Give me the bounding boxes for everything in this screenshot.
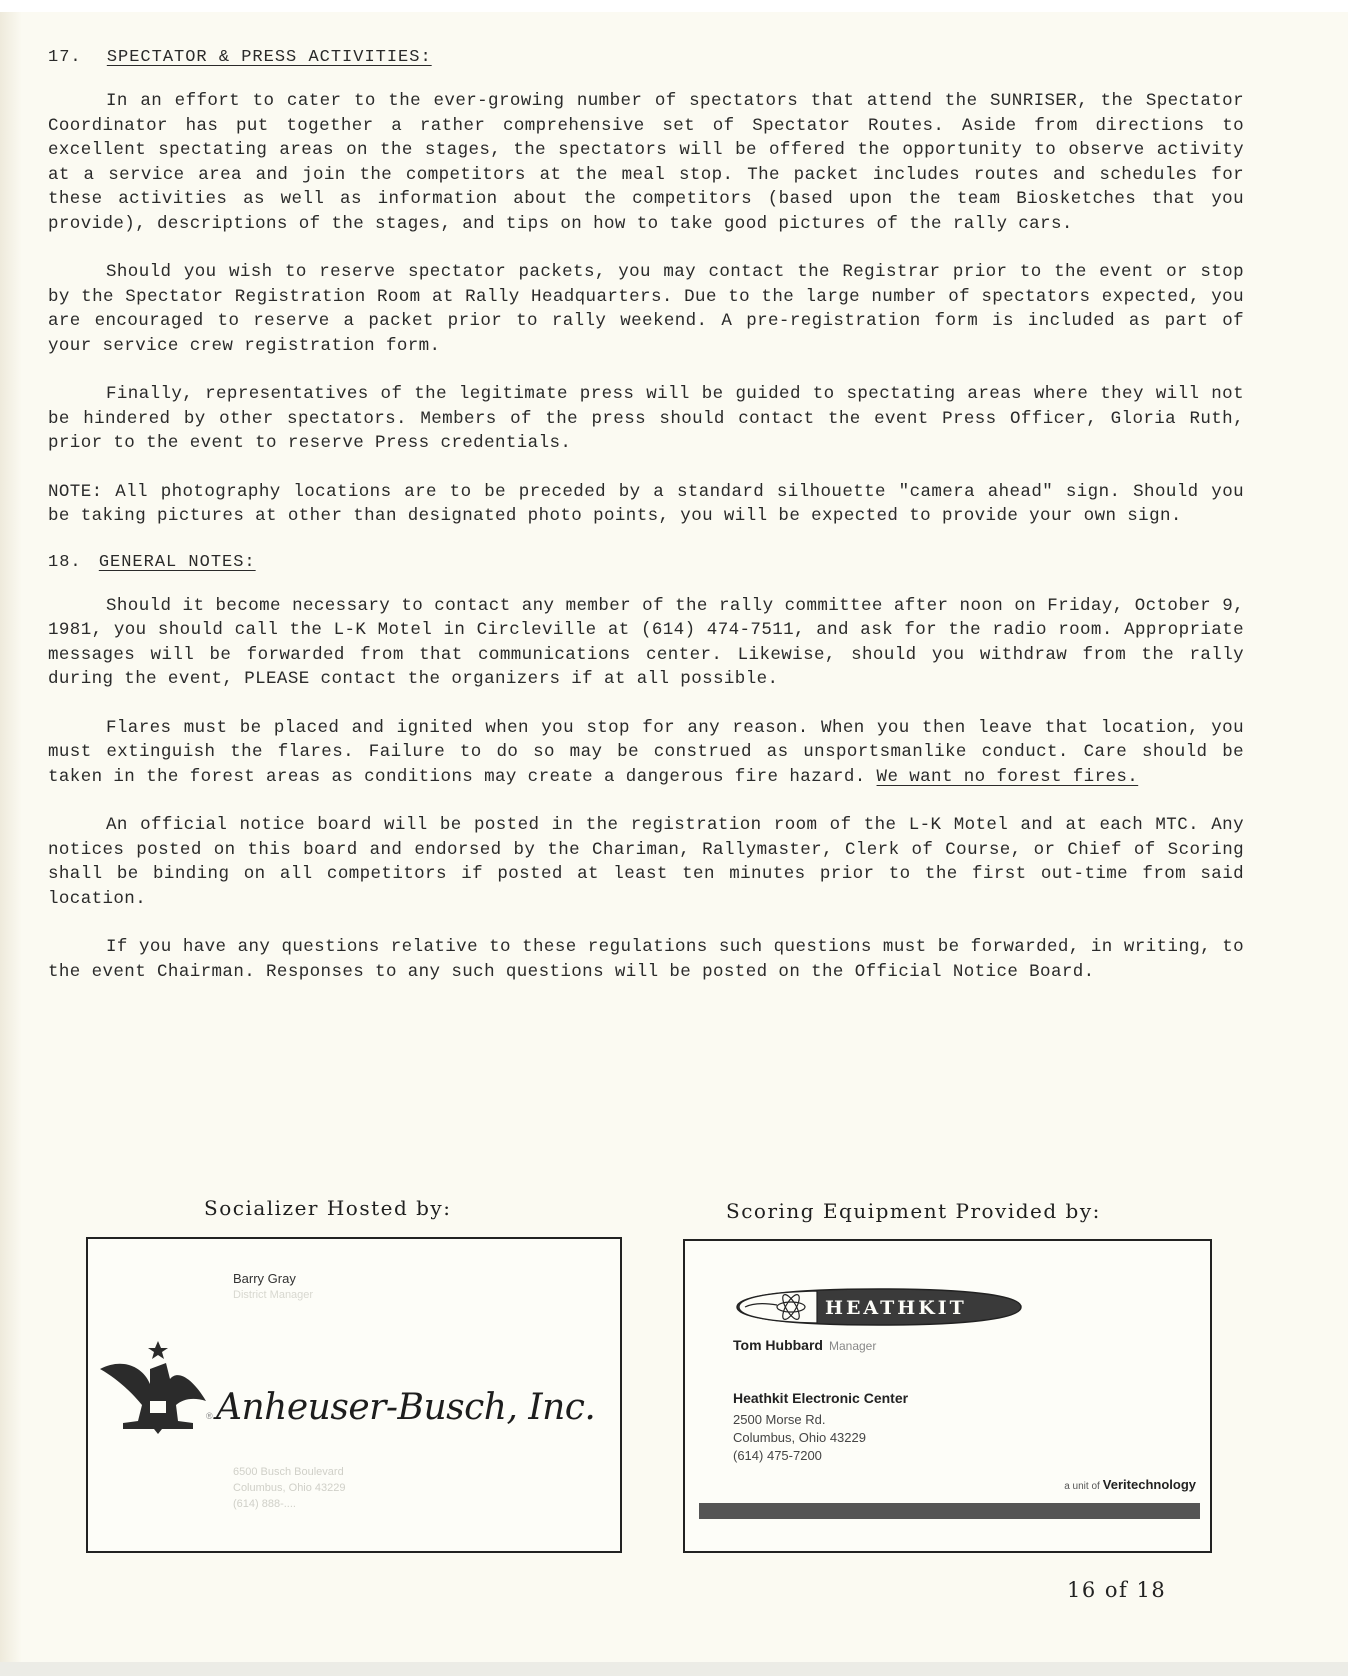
paragraph-flares: Flares must be placed and ignited when y… bbox=[48, 716, 1244, 790]
veritechnology-wordmark: Veritechnology bbox=[1103, 1477, 1196, 1492]
section-title: GENERAL NOTES: bbox=[99, 553, 256, 572]
anheuser-busch-business-card: Barry Gray District Manager ® Anheuser-B… bbox=[86, 1237, 622, 1553]
scan-bottom-margin bbox=[0, 1662, 1348, 1676]
scoring-heading: Scoring Equipment Provided by: bbox=[726, 1199, 1101, 1223]
card-address: 6500 Busch Boulevard Columbus, Ohio 4322… bbox=[233, 1464, 346, 1512]
card-contact-role: Manager bbox=[829, 1339, 876, 1353]
heathkit-logo: HEATHKIT bbox=[733, 1285, 1025, 1329]
card-address: 2500 Morse Rd. Columbus, Ohio 43229 (614… bbox=[733, 1411, 866, 1465]
company-wordmark: Anheuser-Busch, Inc. bbox=[216, 1387, 595, 1428]
paragraph-spectator-packets: Should you wish to reserve spectator pac… bbox=[48, 260, 1244, 358]
paragraph-contact: Should it become necessary to contact an… bbox=[48, 594, 1244, 692]
card-contact-title: District Manager bbox=[233, 1289, 313, 1301]
scan-top-margin bbox=[0, 0, 1348, 12]
paragraph-press: Finally, representatives of the legitima… bbox=[48, 382, 1244, 456]
paragraph-spectator-routes: In an effort to cater to the ever-growin… bbox=[48, 89, 1244, 236]
section-18-heading: 18. GENERAL NOTES: bbox=[48, 553, 1244, 572]
registered-mark-icon: ® bbox=[206, 1411, 213, 1421]
section-title: SPECTATOR & PRESS ACTIVITIES: bbox=[107, 48, 432, 67]
card-footer-bar bbox=[699, 1503, 1200, 1519]
page-number: 16 of 18 bbox=[1067, 1578, 1166, 1602]
section-number: 18. bbox=[48, 553, 82, 572]
svg-text:HEATHKIT: HEATHKIT bbox=[825, 1297, 967, 1319]
parent-company-label: a unit ofVeritechnology bbox=[1064, 1477, 1196, 1492]
paragraph-notice-board: An official notice board will be posted … bbox=[48, 813, 1244, 911]
document-page: 17. SPECTATOR & PRESS ACTIVITIES: In an … bbox=[48, 48, 1244, 1008]
paragraph-photo-note: NOTE: All photography locations are to b… bbox=[48, 480, 1244, 529]
section-number: 17. bbox=[48, 48, 82, 67]
section-17-heading: 17. SPECTATOR & PRESS ACTIVITIES: bbox=[48, 48, 1244, 67]
card-contact-name: Tom HubbardManager bbox=[733, 1337, 876, 1353]
flares-emphasis: We want no forest fires. bbox=[877, 767, 1139, 787]
eagle-a-logo-icon bbox=[98, 1339, 218, 1434]
socializer-heading: Socializer Hosted by: bbox=[204, 1196, 451, 1220]
scan-binding-shadow bbox=[0, 12, 22, 1676]
paragraph-questions: If you have any questions relative to th… bbox=[48, 935, 1244, 984]
card-company-name: Heathkit Electronic Center bbox=[733, 1390, 908, 1406]
card-contact-name: Barry Gray bbox=[233, 1271, 296, 1286]
heathkit-business-card: HEATHKIT Tom HubbardManager Heathkit Ele… bbox=[683, 1239, 1212, 1553]
